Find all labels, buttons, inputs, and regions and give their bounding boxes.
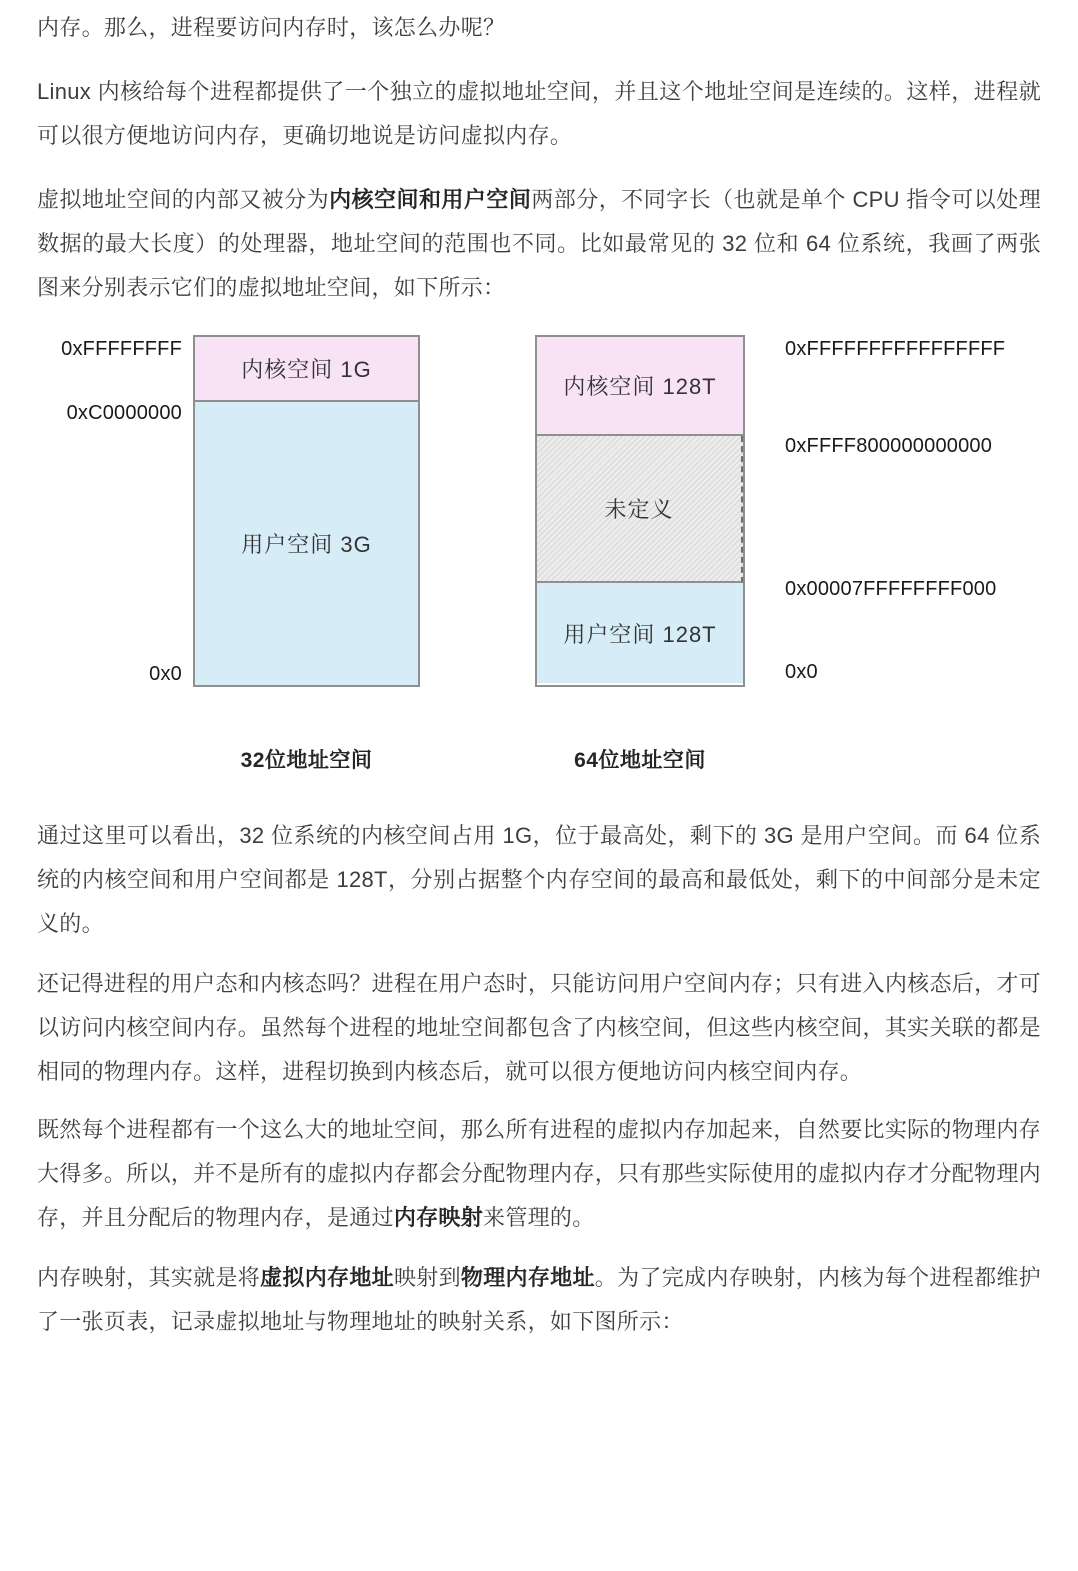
text-run: 内存。那么，进程要访问内存时，该怎么办呢？ — [37, 15, 505, 40]
diagram-32bit-address-space: 内核空间 1G 用户空间 3G — [193, 335, 420, 687]
kernel-space-64-label: 内核空间 128T — [563, 370, 716, 401]
text-run: 虚拟地址空间的内部又被分为 — [37, 187, 329, 212]
article-page: 内存。那么，进程要访问内存时，该怎么办呢？ Linux 内核给每个进程都提供了一… — [0, 6, 1078, 1344]
text-run: 通过这里可以看出，32 位系统的内核空间占用 1G，位于最高处，剩下的 3G 是… — [37, 823, 1041, 936]
text-run: 来管理的。 — [483, 1205, 595, 1230]
address-label-64-kernel-base: 0xFFFF800000000000 — [785, 435, 992, 458]
diagram-64bit-address-space: 内核空间 128T 未定义 用户空间 128T — [535, 335, 745, 687]
user-space-32-label: 用户空间 3G — [241, 528, 371, 559]
text-run: 内存映射，其实就是将 — [37, 1265, 260, 1290]
paragraph-intro: 内存。那么，进程要访问内存时，该怎么办呢？ — [37, 6, 1041, 50]
address-label-32-zero: 0x0 — [0, 663, 182, 686]
kernel-space-32-label: 内核空间 1G — [241, 353, 371, 384]
paragraph-page-table: 内存映射，其实就是将虚拟内存地址映射到物理内存地址。为了完成内存映射，内核为每个… — [37, 1256, 1041, 1344]
user-space-64-section: 用户空间 128T — [537, 583, 743, 683]
kernel-space-32-section: 内核空间 1G — [195, 337, 418, 402]
paragraph-memory-mapping-intro: 既然每个进程都有一个这么大的地址空间，那么所有进程的虚拟内存加起来，自然要比实际… — [37, 1108, 1041, 1240]
bold-text-run: 内存映射 — [394, 1205, 483, 1230]
caption-64bit: 64位地址空间 — [535, 744, 745, 774]
address-label-32-kernel-base: 0xC0000000 — [0, 402, 182, 425]
text-run: 映射到 — [394, 1265, 461, 1290]
bold-text-run: 内核空间和用户空间 — [329, 187, 531, 212]
address-label-64-top: 0xFFFFFFFFFFFFFFFF — [785, 338, 1005, 361]
address-label-64-zero: 0x0 — [785, 661, 818, 684]
user-space-64-label: 用户空间 128T — [563, 618, 716, 649]
paragraph-user-kernel-mode: 还记得进程的用户态和内核态吗？进程在用户态时，只能访问用户空间内存；只有进入内核… — [37, 962, 1041, 1094]
paragraph-space-sizes: 通过这里可以看出，32 位系统的内核空间占用 1G，位于最高处，剩下的 3G 是… — [37, 814, 1041, 946]
address-space-figure: 0xFFFFFFFF 0xC0000000 0x0 内核空间 1G 用户空间 3… — [0, 310, 1078, 800]
caption-32bit: 32位地址空间 — [193, 744, 420, 774]
paragraph-virtual-address-space: Linux 内核给每个进程都提供了一个独立的虚拟地址空间，并且这个地址空间是连续… — [37, 70, 1041, 158]
undefined-space-section: 未定义 — [537, 436, 743, 583]
bold-text-run: 物理内存地址 — [461, 1265, 595, 1290]
address-label-32-top: 0xFFFFFFFF — [0, 338, 182, 361]
bold-text-run: 虚拟内存地址 — [260, 1265, 394, 1290]
kernel-space-64-section: 内核空间 128T — [537, 337, 743, 436]
text-run: Linux 内核给每个进程都提供了一个独立的虚拟地址空间，并且这个地址空间是连续… — [37, 79, 1041, 148]
undefined-space-label: 未定义 — [604, 493, 673, 524]
paragraph-kernel-user-split: 虚拟地址空间的内部又被分为内核空间和用户空间两部分，不同字长（也就是单个 CPU… — [37, 178, 1041, 310]
user-space-32-section: 用户空间 3G — [195, 402, 418, 685]
address-label-64-user-top: 0x00007FFFFFFFF000 — [785, 578, 996, 601]
text-run: 还记得进程的用户态和内核态吗？进程在用户态时，只能访问用户空间内存；只有进入内核… — [37, 971, 1041, 1084]
